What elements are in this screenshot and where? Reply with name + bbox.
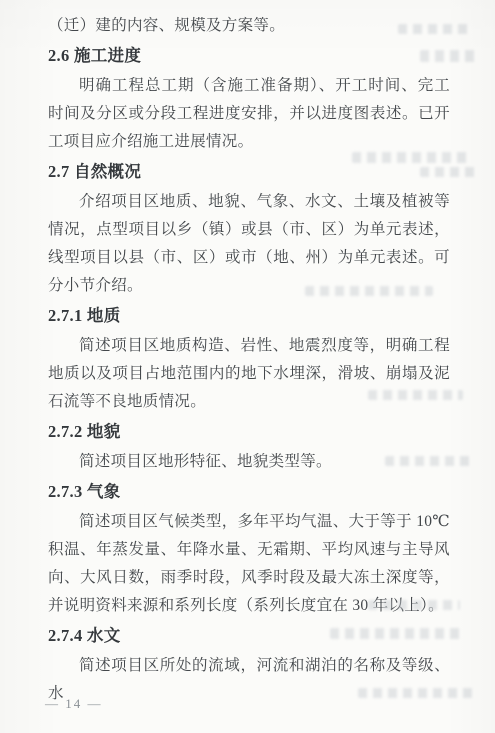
paragraph-natural-overview: 介绍项目区地质、地貌、气象、水文、土壤及植被等情况，点型项目以乡（镇）或县（市、… bbox=[48, 188, 450, 300]
heading-2-7-natural-overview: 2.7 自然概况 bbox=[48, 158, 450, 186]
page-number: — 14 — bbox=[45, 696, 103, 712]
paragraph-construction-schedule: 明确工程总工期（含施工准备期）、开工时间、完工时间及分区或分段工程进度安排，并以… bbox=[48, 72, 450, 156]
paragraph-geology: 简述项目区地质构造、岩性、地震烈度等，明确工程地质以及项目占地范围内的地下水埋深… bbox=[48, 332, 450, 416]
heading-2-6-construction-schedule: 2.6 施工进度 bbox=[48, 42, 450, 70]
document-body: （迁）建的内容、规模及方案等。 2.6 施工进度 明确工程总工期（含施工准备期）… bbox=[48, 12, 450, 708]
paragraph-hydrology: 简述项目区所处的流域，河流和湖泊的名称及等级、水 bbox=[48, 652, 450, 708]
heading-2-7-1-geology: 2.7.1 地质 bbox=[48, 302, 450, 330]
heading-2-7-4-hydrology: 2.7.4 水文 bbox=[48, 622, 450, 650]
scanned-document-page: （迁）建的内容、规模及方案等。 2.6 施工进度 明确工程总工期（含施工准备期）… bbox=[0, 0, 495, 733]
paragraph-continuation: （迁）建的内容、规模及方案等。 bbox=[48, 12, 450, 40]
paragraph-meteorology: 简述项目区气候类型，多年平均气温、大于等于 10℃积温、年蒸发量、年降水量、无霜… bbox=[48, 508, 450, 620]
paragraph-landform: 简述项目区地形特征、地貌类型等。 bbox=[48, 448, 450, 476]
heading-2-7-2-landform: 2.7.2 地貌 bbox=[48, 418, 450, 446]
heading-2-7-3-meteorology: 2.7.3 气象 bbox=[48, 478, 450, 506]
